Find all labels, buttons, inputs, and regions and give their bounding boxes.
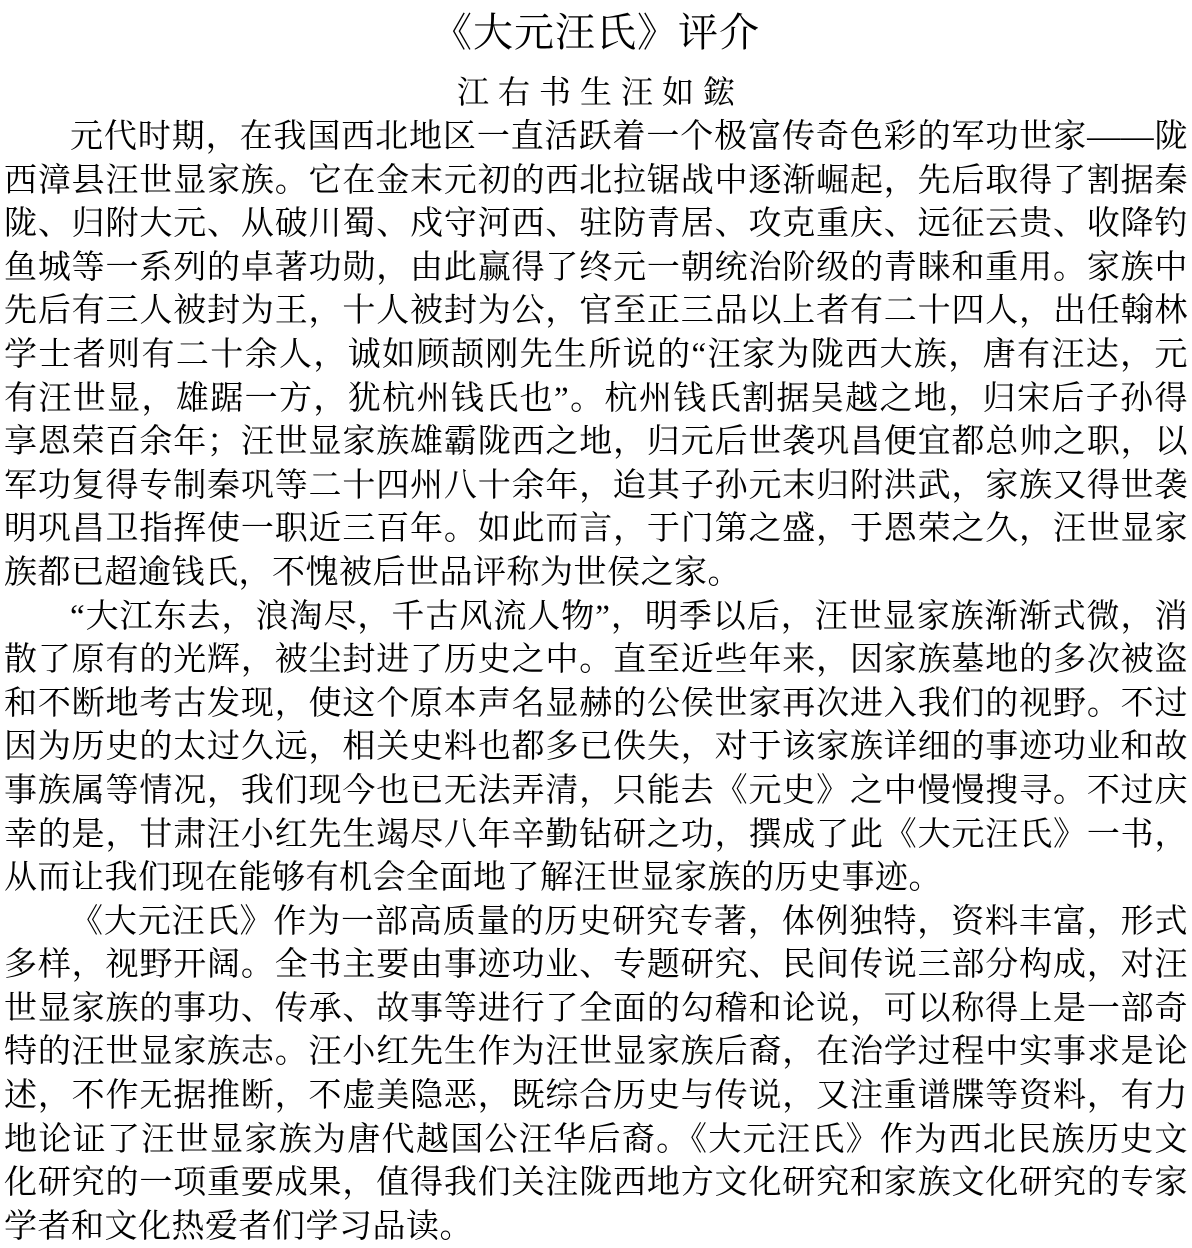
document-page: 《大元汪氏》评介 江右书生汪如鋐 元代时期，在我国西北地区一直活跃着一个极富传奇…: [0, 0, 1192, 1248]
paragraph: 《大元汪氏》作为一部高质量的历史研究专著，体例独特，资料丰富，形式多样，视野开阔…: [4, 901, 1188, 1248]
paragraph: “大江东去，浪淘尽，千古风流人物”，明季以后，汪世显家族渐渐式微，消散了原有的光…: [4, 596, 1188, 901]
document-body: 元代时期，在我国西北地区一直活跃着一个极富传奇色彩的军功世家——陇西漳县汪世显家…: [4, 116, 1188, 1248]
document-title: 《大元汪氏》评介: [4, 2, 1188, 64]
document-author: 江右书生汪如鋐: [4, 70, 1188, 114]
paragraph: 元代时期，在我国西北地区一直活跃着一个极富传奇色彩的军功世家——陇西漳县汪世显家…: [4, 116, 1188, 596]
